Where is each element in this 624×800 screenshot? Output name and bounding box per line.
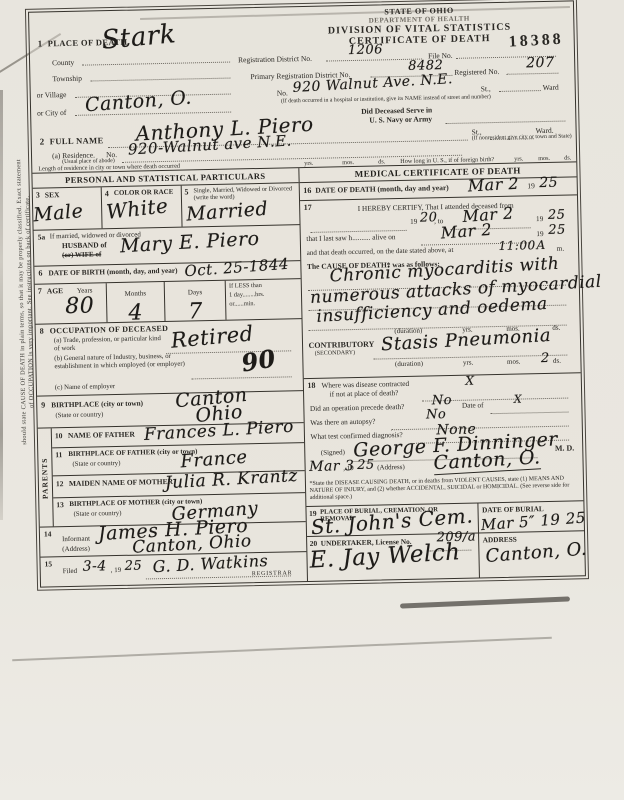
scan-artifact-left-edge — [0, 90, 3, 520]
color-race-value: White — [105, 193, 169, 224]
undertaker-address-cell: ADDRESS Canton, O. — [479, 531, 585, 577]
filed-year-value: 25 — [124, 559, 142, 574]
personal-particulars-column: PERSONAL AND STATISTICAL PARTICULARS 3 S… — [32, 168, 307, 586]
sex-label: SEX — [45, 190, 60, 199]
date-of-death-year-print: 19 — [527, 181, 535, 190]
item4-number: 4 — [105, 189, 109, 198]
full-name-label: FULL NAME — [50, 135, 104, 146]
q18-line2: if not at place of death? — [330, 388, 399, 398]
registration-district-label: Registration District No. — [238, 54, 312, 65]
contributory-duration-mos: mos. — [507, 358, 521, 366]
registered-no-label: Registered No. — [454, 67, 499, 77]
marital-cell: 5 Single, Married, Widowed or Divorced (… — [181, 183, 299, 226]
navy-army-label-line2: U. S. Navy or Army — [369, 114, 432, 124]
certify-from-year-print: 19 — [410, 217, 417, 226]
operation-label: Did an operation precede death? — [310, 402, 405, 413]
age-less-cell: If LESS than 1 day........hrs. or......m… — [226, 279, 301, 320]
age-years-cell: 7 AGE Years 80 — [35, 283, 107, 323]
sign-address-value: Canton, O. — [432, 446, 540, 475]
occupation-c-label: (c) Name of employer — [55, 383, 115, 391]
registered-no-value: 207 — [526, 55, 555, 72]
occupation-stamp-90: 90 — [239, 343, 278, 377]
item2-number: 2 — [40, 136, 45, 146]
age-less-label1: If LESS than — [229, 282, 262, 290]
undertaker-cell: 20 UNDERTAKER, License No. 209/a E. Jay … — [307, 533, 480, 581]
age-days-label: Days — [188, 288, 203, 296]
date-of-death-label: DATE OF DEATH (month, day and year) — [315, 183, 449, 195]
item8-number: 8 — [40, 327, 44, 336]
filed-row: 15 Filed 3-4 , 19 25 G. D. Watkins Regis… — [40, 552, 306, 587]
cause-footnote: *State the DISEASE CAUSING DEATH, or in … — [309, 475, 579, 502]
parents-block: PARENTS 10 NAME OF FATHER Frances L. Pie… — [38, 423, 306, 528]
age-less-label2: 1 day........hrs. — [229, 291, 264, 299]
sign-year-value: 25 — [357, 458, 375, 473]
village-label: or Village — [37, 90, 67, 100]
death-time-am: A — [536, 238, 545, 252]
item7-number: 7 — [38, 287, 42, 296]
md-label: M. D. — [555, 443, 575, 452]
sex-race-marital-row: 3 SEX Male 4 COLOR OR RACE White 5 Singl… — [33, 183, 299, 231]
street-no-label: No. — [277, 88, 288, 97]
sex-value: Male — [32, 200, 84, 226]
item17-number: 17 — [304, 203, 312, 212]
item18-number: 18 — [307, 381, 315, 390]
mother-name-label: MAIDEN NAME OF MOTHER — [69, 477, 173, 488]
operation-dotline — [490, 405, 568, 415]
birthplace-sub-label: (State or country) — [55, 411, 103, 419]
father-birthplace-sub: (State or country) — [72, 460, 120, 468]
mother-birthplace-sub: (State or country) — [73, 510, 121, 518]
item16-number: 16 — [303, 186, 311, 195]
ward-dotline — [499, 83, 541, 92]
item3-number: 3 — [36, 191, 40, 200]
ward-label: Ward — [543, 83, 559, 92]
sex-cell: 3 SEX Male — [33, 187, 103, 229]
certification-block: 17 I HEREBY CERTIFY, That I attended dec… — [300, 195, 581, 379]
filed-year-print: , 19 — [111, 566, 122, 574]
parents-vertical-label: PARENTS — [40, 459, 50, 499]
street-st-label: St., — [481, 84, 491, 93]
age-label: AGE — [47, 286, 63, 295]
certify-line3: and that death occurred, on the date sta… — [307, 246, 454, 257]
date-of-death-value: Mar 2 — [467, 174, 519, 196]
certify-to-year-print: 19 — [536, 214, 543, 223]
q18-value: X — [465, 374, 474, 388]
husband-of-label: HUSBAND of — [62, 240, 107, 250]
scan-artifact-bottom-line — [12, 637, 552, 661]
autopsy-label: Was there an autopsy? — [310, 417, 375, 427]
date-of-death-year-value: 25 — [539, 175, 558, 191]
registration-district-value: 1206 — [348, 42, 383, 58]
scan-artifact-bottom-smudge — [400, 596, 570, 608]
contributory-duration-ds: ds. — [553, 357, 561, 365]
age-months-cell: Months 4 — [106, 282, 165, 322]
burial-date-cell: DATE OF BURIAL Mar 5″ 19 25 — [478, 501, 584, 532]
item13-number: 13 — [56, 500, 64, 509]
county-label: County — [52, 58, 74, 67]
item5-number: 5 — [184, 187, 188, 196]
item15-number: 15 — [44, 559, 52, 568]
item6-number: 6 — [38, 269, 42, 278]
contributory-duration-label: (duration) — [395, 360, 423, 369]
color-race-cell: 4 COLOR OR RACE White — [102, 186, 182, 229]
age-months-label: Months — [125, 289, 147, 297]
nonresident-note: (If nonresident give city or town and St… — [472, 133, 572, 142]
occupation-row: 8 OCCUPATION OF DECEASED (a) Trade, prof… — [36, 319, 303, 397]
cause-duration-ds: ds. — [552, 324, 560, 332]
signed-label: (Signed) — [321, 448, 345, 457]
father-birthplace-label: BIRTHPLACE OF FATHER (city or town) — [68, 447, 197, 458]
county-dotline — [82, 55, 230, 66]
age-row: 7 AGE Years 80 Months 4 Days 7 If LESS — [35, 279, 301, 325]
occupation-a-label: (a) Trade, profession, or particular kin… — [54, 335, 164, 352]
sign-year-print: , 19 — [343, 464, 354, 472]
item11-number: 11 — [55, 450, 62, 459]
operation-date-label: Date of — [462, 400, 484, 409]
death-certificate: should state CAUSE OF DEATH in plain ter… — [12, 0, 602, 590]
operation-value: No — [432, 393, 453, 408]
undertaker-row: 20 UNDERTAKER, License No. 209/a E. Jay … — [307, 531, 585, 581]
contributory-duration-yrs: yrs. — [463, 359, 473, 367]
death-time-m-label: m. — [557, 244, 565, 253]
scanned-death-certificate-page: { "colors":{"paper":"#e7e3da","ink":"#23… — [0, 0, 624, 800]
operation-date-value: X — [514, 393, 523, 406]
informant-label: Informant — [62, 535, 90, 544]
certify-line2: that I last saw h.......... alive on — [306, 232, 395, 243]
township-dotline — [90, 71, 230, 82]
undertaker-address-label: ADDRESS — [483, 535, 517, 545]
item14-number: 14 — [44, 529, 52, 538]
age-days-cell: Days 7 — [165, 281, 227, 321]
saw-year-value: 25 — [548, 223, 566, 238]
date-of-birth-label: DATE OF BIRTH (month, day, and year) — [48, 266, 177, 278]
wife-of-label: (or) WIFE of — [62, 250, 101, 259]
item1-number: 1 — [38, 38, 43, 48]
father-name-label: NAME OF FATHER — [68, 430, 135, 440]
disease-questions-block: 18 Where was disease contracted X if not… — [303, 373, 583, 507]
death-time-value: 11:00 — [498, 238, 535, 253]
certificate-body: STATE OF OHIO DEPARTMENT OF HEALTH DIVIS… — [28, 0, 586, 587]
medical-certificate-column: MEDICAL CERTIFICATE OF DEATH 16 DATE OF … — [299, 162, 585, 581]
contributory-sub-label: (SECONDARY) — [315, 350, 355, 357]
county-value: Stark — [100, 19, 177, 56]
filed-date-value: 3-4 — [82, 558, 106, 575]
age-less-label3: or......min. — [229, 300, 255, 308]
township-label: Township — [52, 74, 82, 84]
certify-to-year-value: 25 — [548, 208, 566, 223]
item12-number: 12 — [56, 479, 64, 488]
informant-address-label: (Address) — [62, 545, 90, 554]
occupation-b-label: (b) General nature of Industry, business… — [54, 352, 189, 370]
saw-year-print: 19 — [536, 229, 543, 238]
sign-address-label: (Address) — [377, 463, 405, 472]
item5a-number: 5a — [38, 232, 46, 241]
birthplace-label: BIRTHPLACE (city or town) — [51, 398, 143, 409]
filed-label: Filed — [63, 567, 78, 575]
contributory-label: CONTRIBUTORY — [309, 340, 375, 350]
city-label: or City of — [37, 108, 66, 118]
marital-value: Married — [185, 198, 268, 226]
age-years-value: 80 — [65, 293, 95, 319]
contributory-duration-ds-value: 2 — [541, 351, 550, 366]
navy-army-dotline — [445, 114, 565, 125]
item9-number: 9 — [41, 401, 45, 410]
registrar-label: Registrar — [252, 570, 293, 577]
occupation-label: OCCUPATION OF DECEASED — [50, 324, 169, 335]
item10-number: 10 — [55, 431, 63, 440]
